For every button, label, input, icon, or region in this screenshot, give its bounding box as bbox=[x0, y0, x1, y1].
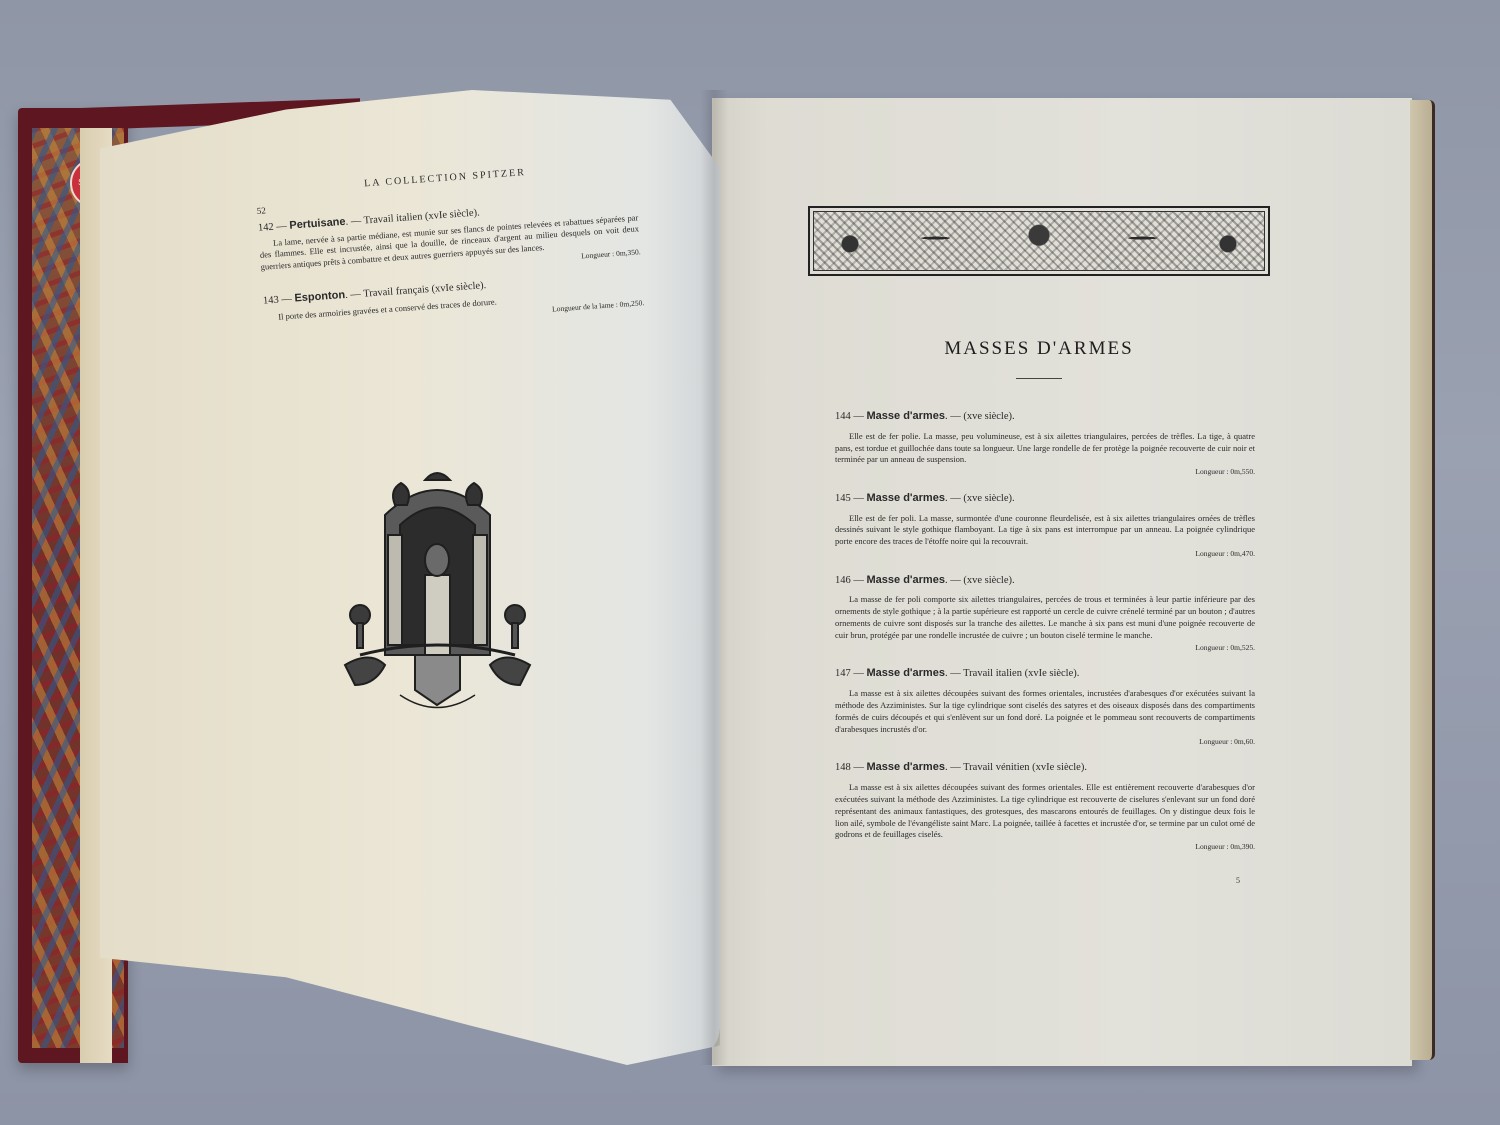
entry-name: Pertuisane bbox=[289, 215, 346, 231]
entry-attribution: — Travail vénitien (xvIe siècle). bbox=[950, 762, 1087, 773]
entry-heading: 145 — Masse d'armes. — (xve siècle). bbox=[835, 491, 1255, 507]
entry-length: Longueur : 0m,60. bbox=[835, 737, 1255, 748]
entry-name: Masse d'armes bbox=[867, 492, 945, 504]
entry-heading: 144 — Masse d'armes. — (xve siècle). bbox=[835, 409, 1255, 425]
entry-body: La masse est à six ailettes découpées su… bbox=[835, 782, 1255, 841]
entry-number: 148 bbox=[835, 762, 851, 773]
ornamental-headpiece bbox=[808, 206, 1270, 276]
cartouche-icon bbox=[340, 465, 535, 715]
headpiece-engraving-icon bbox=[813, 211, 1265, 271]
entry-name: Masse d'armes bbox=[867, 667, 945, 679]
entry-length: Longueur : 0m,525. bbox=[835, 643, 1255, 654]
entry-body: La masse de fer poli comporte six ailett… bbox=[835, 594, 1255, 642]
entry-145: 145 — Masse d'armes. — (xve siècle). Ell… bbox=[835, 491, 1255, 560]
entry-number: 146 bbox=[835, 575, 851, 586]
entry-147: 147 — Masse d'armes. — Travail italien (… bbox=[835, 666, 1255, 747]
right-page-block-edge bbox=[1410, 100, 1435, 1060]
entry-name: Masse d'armes bbox=[867, 574, 945, 586]
entry-attribution: — (xve siècle). bbox=[950, 575, 1014, 586]
entry-length: Longueur : 0m,390. bbox=[835, 842, 1255, 853]
entry-attribution: — (xve siècle). bbox=[950, 411, 1014, 422]
entry-body: La masse est à six ailettes découpées su… bbox=[835, 688, 1255, 736]
entry-heading: 146 — Masse d'armes. — (xve siècle). bbox=[835, 573, 1255, 589]
entry-body: Elle est de fer polie. La masse, peu vol… bbox=[835, 431, 1255, 467]
entry-length: Longueur : 0m,550. bbox=[835, 467, 1255, 478]
entry-148: 148 — Masse d'armes. — Travail vénitien … bbox=[835, 760, 1255, 853]
left-page-text: LA COLLECTION SPITZER 52 142 — Pertuisan… bbox=[255, 158, 645, 334]
entry-146: 146 — Masse d'armes. — (xve siècle). La … bbox=[835, 573, 1255, 654]
entry-name: Masse d'armes bbox=[867, 761, 945, 773]
entry-body: Elle est de fer poli. La masse, surmonté… bbox=[835, 513, 1255, 549]
entry-attribution: — (xve siècle). bbox=[950, 493, 1014, 504]
right-page-number: 5 bbox=[1236, 876, 1240, 885]
entry-number: 142 bbox=[258, 221, 274, 233]
entry-heading: 147 — Masse d'armes. — Travail italien (… bbox=[835, 666, 1255, 682]
entry-number: 145 bbox=[835, 493, 851, 504]
chapter-title: MASSES D'ARMES bbox=[808, 338, 1270, 360]
right-page-entries: 144 — Masse d'armes. — (xve siècle). Ell… bbox=[835, 405, 1255, 866]
entry-heading: 148 — Masse d'armes. — Travail vénitien … bbox=[835, 760, 1255, 776]
entry-name: Esponton bbox=[294, 289, 345, 305]
entry-attribution: — Travail italien (xvIe siècle). bbox=[950, 668, 1079, 679]
engraved-cartouche-illustration bbox=[340, 465, 535, 715]
entry-name: Masse d'armes bbox=[867, 410, 945, 422]
title-rule-divider bbox=[1016, 378, 1062, 379]
book-gutter bbox=[700, 90, 728, 1065]
entry-length: Longueur : 0m,470. bbox=[835, 549, 1255, 560]
entry-number: 143 bbox=[263, 295, 279, 307]
entry-number: 144 bbox=[835, 411, 851, 422]
entry-number: 147 bbox=[835, 668, 851, 679]
entry-144: 144 — Masse d'armes. — (xve siècle). Ell… bbox=[835, 409, 1255, 478]
